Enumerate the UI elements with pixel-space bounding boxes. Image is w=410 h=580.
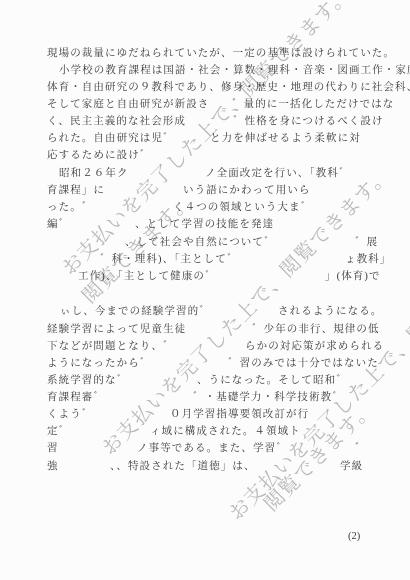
- text-segment: 編゛: [47, 218, 70, 232]
- page-number: (2): [348, 531, 360, 542]
- text-line: ゛科・理科)、「主として゛ょ教科」: [0, 253, 410, 270]
- text-segment: 育課程審゛: [47, 391, 105, 405]
- text-segment: ょ教科」: [345, 253, 391, 267]
- text-segment: そして家庭と自由研究が新設さ: [47, 98, 209, 112]
- text-segment: くよう゛: [47, 408, 93, 422]
- text-line: 系統学習的な゛、うになった。そして昭和゛: [0, 374, 410, 391]
- text-segment: 応するために設け゛: [47, 149, 151, 163]
- text-segment: 下などが問題となり、゛: [47, 340, 175, 354]
- text-segment: ０月学習指導要領改訂が行: [170, 408, 309, 422]
- text-segment: 、として学習の技能を発達: [135, 218, 274, 232]
- text-segment: 学級: [340, 460, 363, 474]
- text-line: 習ノ事等である。また、学習゛゛: [0, 442, 410, 459]
- text-segment: 育課程」に: [47, 184, 105, 198]
- text-segment: く、民主主義的な社会形成: [47, 115, 186, 129]
- text-segment: ゛・基礎学力・科学技術教゛: [193, 391, 344, 405]
- text-segment: 習: [47, 442, 59, 456]
- text-line: ようになったから゛゛習のみでは十分ではないた: [0, 357, 410, 374]
- text-line: 下などが問題となり、゛らかの対応策が求められる: [0, 340, 410, 357]
- text-segment: 強: [47, 460, 59, 474]
- text-segment: ノ全面改定を行い、「教科゛: [205, 167, 351, 181]
- text-segment: ゛習のみでは十分ではないた: [228, 357, 379, 371]
- text-line: 小学校の教育課程は国語・社会・算数・理科・音楽・図画工作・家庭・: [0, 64, 410, 81]
- text-line: 強、、特設された「道徳」は、学級: [0, 460, 410, 477]
- text-segment: 」(体育)で: [325, 270, 381, 284]
- document-page: お支払いを完了した上で、閲覧できます。閲覧できます。お支払いを完了した上で、閲覧…: [0, 0, 410, 580]
- text-segment: ィ域に構成された。４領域ト: [150, 425, 301, 439]
- text-segment: 系統学習的な゛: [47, 374, 128, 388]
- text-line: ぃし、今までの経験学習的゛されるようになる。: [0, 305, 410, 322]
- text-segment: 現場の裁量にゆだねられていたが、一定の基準は設けられていた。: [47, 47, 395, 61]
- text-line: 育課程」にいう語にかわって用いら: [0, 184, 410, 201]
- text-segment: 昭和２６年ク: [59, 167, 129, 181]
- document-text-layer: 現場の裁量にゆだねられていたが、一定の基準は設けられていた。小学校の教育課程は国…: [0, 0, 410, 580]
- text-segment: 、、特設された「道徳」は、: [110, 460, 256, 474]
- text-line: 昭和２６年クノ全面改定を行い、「教科゛: [0, 167, 410, 184]
- text-segment: 工作)、「主として健康の゛: [78, 270, 217, 284]
- text-segment: ようになったから゛: [47, 357, 151, 371]
- text-segment: ゛性格を身につけるべく設け: [233, 115, 384, 129]
- text-line: られた。自由研究は児゛と力を伸ばせるよう柔軟に対: [0, 132, 410, 149]
- text-line: った。゛く４つの領域という大ま゛: [0, 201, 410, 218]
- text-segment: く４つの領域という大ま゛: [173, 201, 312, 215]
- text-line: 工作)、「主として健康の゛」(体育)で: [0, 270, 410, 287]
- text-line: 応するために設け゛: [0, 149, 410, 166]
- text-segment: った。゛: [47, 201, 93, 215]
- text-segment: 定゛: [47, 425, 70, 439]
- text-line: 現場の裁量にゆだねられていたが、一定の基準は設けられていた。: [0, 47, 410, 64]
- text-line: 編゛、として学習の技能を発達: [0, 218, 410, 235]
- text-line: そして家庭と自由研究が新設さ゛量的に一括化しただけではな: [0, 98, 410, 115]
- text-line: 定゛ィ域に構成された。４領域ト: [0, 425, 410, 442]
- text-segment: 、して社会や自然について゛: [125, 236, 276, 250]
- text-segment: らかの対応策が求められる: [245, 340, 384, 354]
- text-line: 育課程審゛゛・基礎学力・科学技術教゛: [0, 391, 410, 408]
- text-segment: ゛: [355, 442, 367, 456]
- text-segment: ノ事等である。また、学習゛: [137, 442, 288, 456]
- text-segment: 小学校の教育課程は国語・社会・算数・理科・音楽・図画工作・家庭・: [59, 64, 410, 78]
- text-segment: 体育・自由研究の９教科であり、修身・歴史・地理の代わりに社会科、: [47, 81, 410, 95]
- text-segment: ゛展: [355, 236, 378, 250]
- text-segment: ゛科・理科)、「主として゛: [100, 253, 239, 267]
- text-line: 体育・自由研究の９教科であり、修身・歴史・地理の代わりに社会科、: [0, 81, 410, 98]
- text-segment: ぃし、今までの経験学習的゛: [60, 305, 211, 319]
- text-segment: ゛量的に一括化しただけではな: [232, 98, 394, 112]
- text-segment: と力を伸ばせるよう柔軟に対: [210, 132, 361, 146]
- text-line: 、して社会や自然について゛゛展: [0, 236, 410, 253]
- text-segment: いう語にかわって用いら: [183, 184, 311, 198]
- text-line: く、民主主義的な社会形成゛性格を身につけるべく設け: [0, 115, 410, 132]
- text-segment: ゛少年の非行、規律の低: [252, 323, 380, 337]
- text-segment: られた。自由研究は児゛: [47, 132, 175, 146]
- text-segment: 、うになった。そして昭和゛: [197, 374, 348, 388]
- text-line: 経験学習によって児童生徒゛少年の非行、規律の低: [0, 323, 410, 340]
- text-segment: 経験学習によって児童生徒: [47, 323, 186, 337]
- text-segment: されるようになる。: [278, 305, 382, 319]
- text-line: くよう゛０月学習指導要領改訂が行: [0, 408, 410, 425]
